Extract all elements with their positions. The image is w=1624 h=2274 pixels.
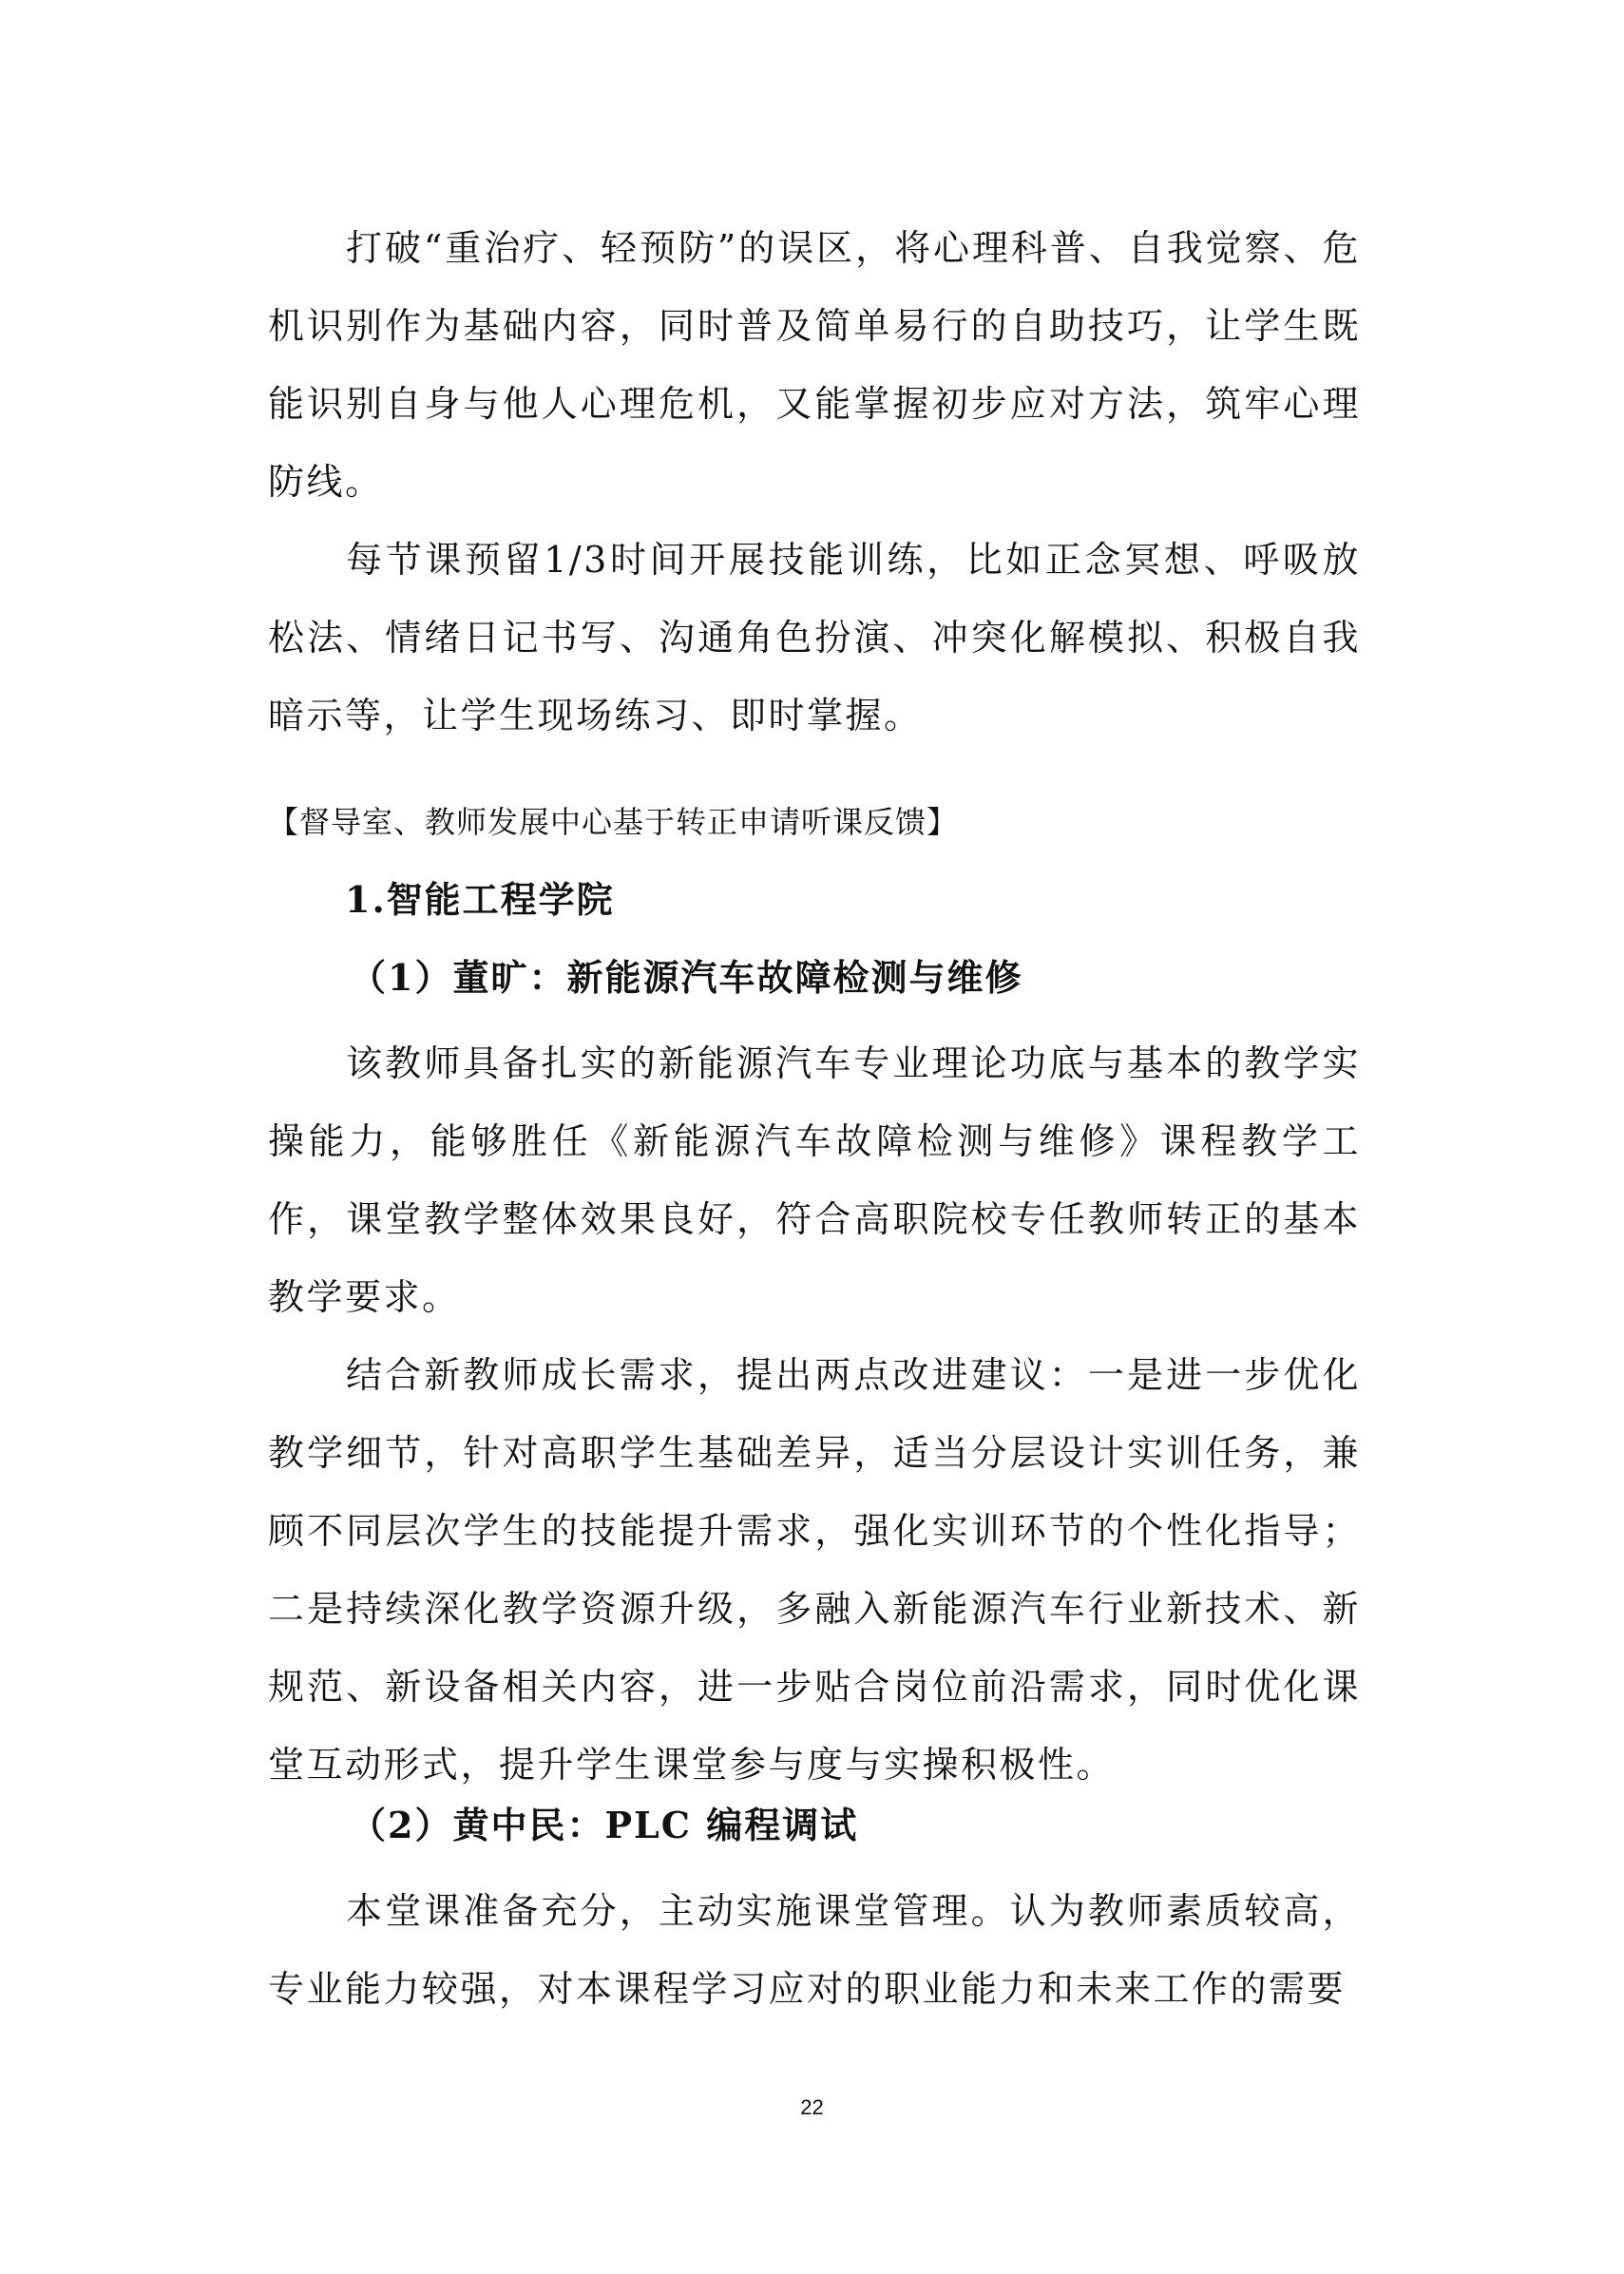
college-heading: 1.智能工程学院 (345, 876, 615, 924)
paragraph-dong-kuang-suggestions: 结合新教师成长需求，提出两点改进建议：一是进一步优化教学细节，针对高职学生基础差… (268, 1336, 1361, 1804)
paragraph-huang-zhongmin-assessment: 本堂课准备充分，主动实施课堂管理。认为教师素质较高，专业能力较强，对本课程学习应… (268, 1872, 1361, 2028)
page-number: 22 (0, 2095, 1624, 2120)
section-note: 【督导室、教师发展中心基于转正申请听课反馈】 (268, 798, 958, 846)
entry-heading-dong-kuang: （1）董旷：新能源汽车故障检测与维修 (350, 954, 1022, 1002)
paragraph-prevention-focus: 打破“重治疗、轻预防”的误区，将心理科普、自我觉察、危机识别作为基础内容，同时普… (268, 209, 1361, 521)
entry-heading-huang-zhongmin: （2）黄中民：PLC 编程调试 (350, 1802, 858, 1849)
paragraph-dong-kuang-assessment: 该教师具备扎实的新能源汽车专业理论功底与基本的教学实操能力，能够胜任《新能源汽车… (268, 1024, 1361, 1336)
paragraph-skill-training: 每节课预留1/3时间开展技能训练，比如正念冥想、呼吸放松法、情绪日记书写、沟通角… (268, 521, 1361, 755)
document-page: 打破“重治疗、轻预防”的误区，将心理科普、自我觉察、危机识别作为基础内容，同时普… (0, 0, 1624, 2274)
